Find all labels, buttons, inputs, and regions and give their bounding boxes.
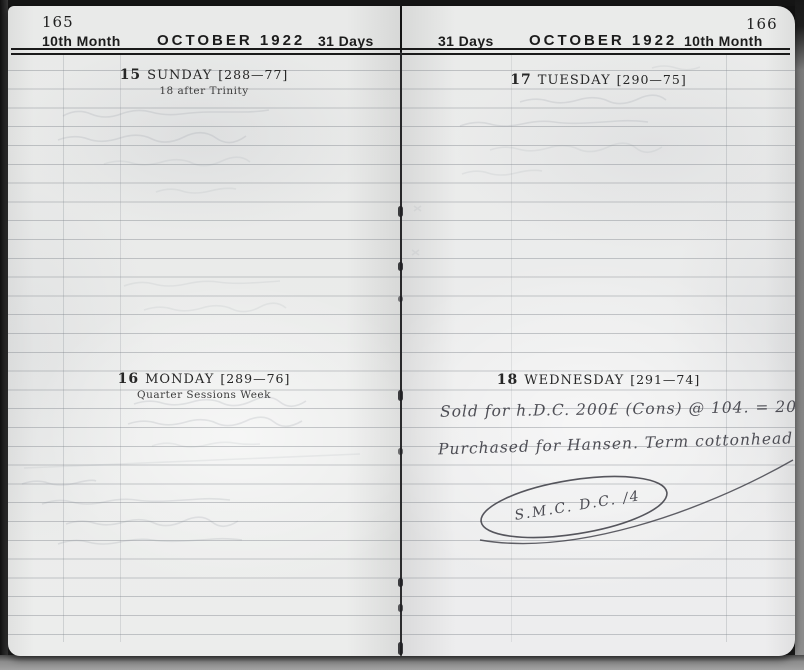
- entry-heading: 16MONDAY[289—76]: [8, 371, 400, 387]
- page-number: 166: [746, 15, 778, 33]
- photo-edge-left: [0, 0, 8, 670]
- scanned-diary-photo: 165 10th Month OCTOBER 1922 31 Days 15SU…: [0, 0, 804, 670]
- stitch-thread: [398, 296, 403, 302]
- day-index: [290—75]: [617, 72, 687, 87]
- entry-tuesday: 17TUESDAY[290—75]: [402, 72, 795, 88]
- day-index: [289—76]: [220, 371, 290, 386]
- stitch-thread: [398, 390, 403, 401]
- day-name: SUNDAY: [147, 68, 212, 83]
- page-number: 165: [42, 13, 74, 31]
- entry-monday: 16MONDAY[289—76] Quarter Sessions Week: [8, 371, 400, 401]
- day-index: [288—77]: [218, 67, 288, 82]
- feint-vertical-line: [511, 54, 512, 642]
- diary-page-left: 165 10th Month OCTOBER 1922 31 Days 15SU…: [8, 6, 400, 656]
- entry-sunday: 15SUNDAY[288—77] 18 after Trinity: [8, 67, 400, 97]
- stitch-thread: [398, 448, 403, 455]
- day-note: Quarter Sessions Week: [8, 389, 400, 401]
- stitch-thread: [398, 262, 403, 271]
- stitch-thread: [398, 604, 403, 612]
- stitch-thread: [398, 642, 403, 655]
- diary-spread: 165 10th Month OCTOBER 1922 31 Days 15SU…: [8, 6, 795, 656]
- day-number: 16: [118, 371, 139, 387]
- ruled-lines-left: [8, 52, 400, 644]
- header-days-label: 31 Days: [438, 33, 494, 49]
- diary-page-right: 166 31 Days OCTOBER 1922 10th Month 17TU…: [402, 6, 795, 656]
- header-rule: [402, 48, 790, 55]
- photo-edge-bottom: [0, 655, 804, 670]
- header-title: OCTOBER 1922: [157, 32, 305, 49]
- day-number: 15: [120, 67, 141, 83]
- header-month-label: 10th Month: [42, 33, 121, 49]
- header-days-label: 31 Days: [318, 33, 374, 49]
- day-number: 18: [497, 372, 518, 388]
- stitch-thread: [398, 578, 403, 587]
- ruled-lines-right: [402, 52, 795, 644]
- feint-vertical-line: [120, 54, 121, 642]
- stitch-thread: [398, 206, 403, 217]
- photo-edge-right: [795, 0, 804, 670]
- day-name: WEDNESDAY: [524, 373, 624, 388]
- header-rule: [11, 48, 400, 55]
- header-title: OCTOBER 1922: [529, 32, 677, 49]
- entry-heading: 18WEDNESDAY[291—74]: [402, 372, 795, 388]
- day-name: TUESDAY: [538, 73, 611, 88]
- day-name: MONDAY: [145, 372, 214, 387]
- entry-wednesday: 18WEDNESDAY[291—74]: [402, 372, 795, 388]
- header-month-label: 10th Month: [684, 33, 763, 49]
- book-gutter: [400, 52, 402, 646]
- entry-heading: 17TUESDAY[290—75]: [402, 72, 795, 88]
- day-note: 18 after Trinity: [8, 85, 400, 97]
- entry-heading: 15SUNDAY[288—77]: [8, 67, 400, 83]
- day-index: [291—74]: [630, 372, 700, 387]
- feint-vertical-line: [726, 54, 727, 642]
- feint-vertical-line: [63, 54, 64, 642]
- day-number: 17: [510, 72, 531, 88]
